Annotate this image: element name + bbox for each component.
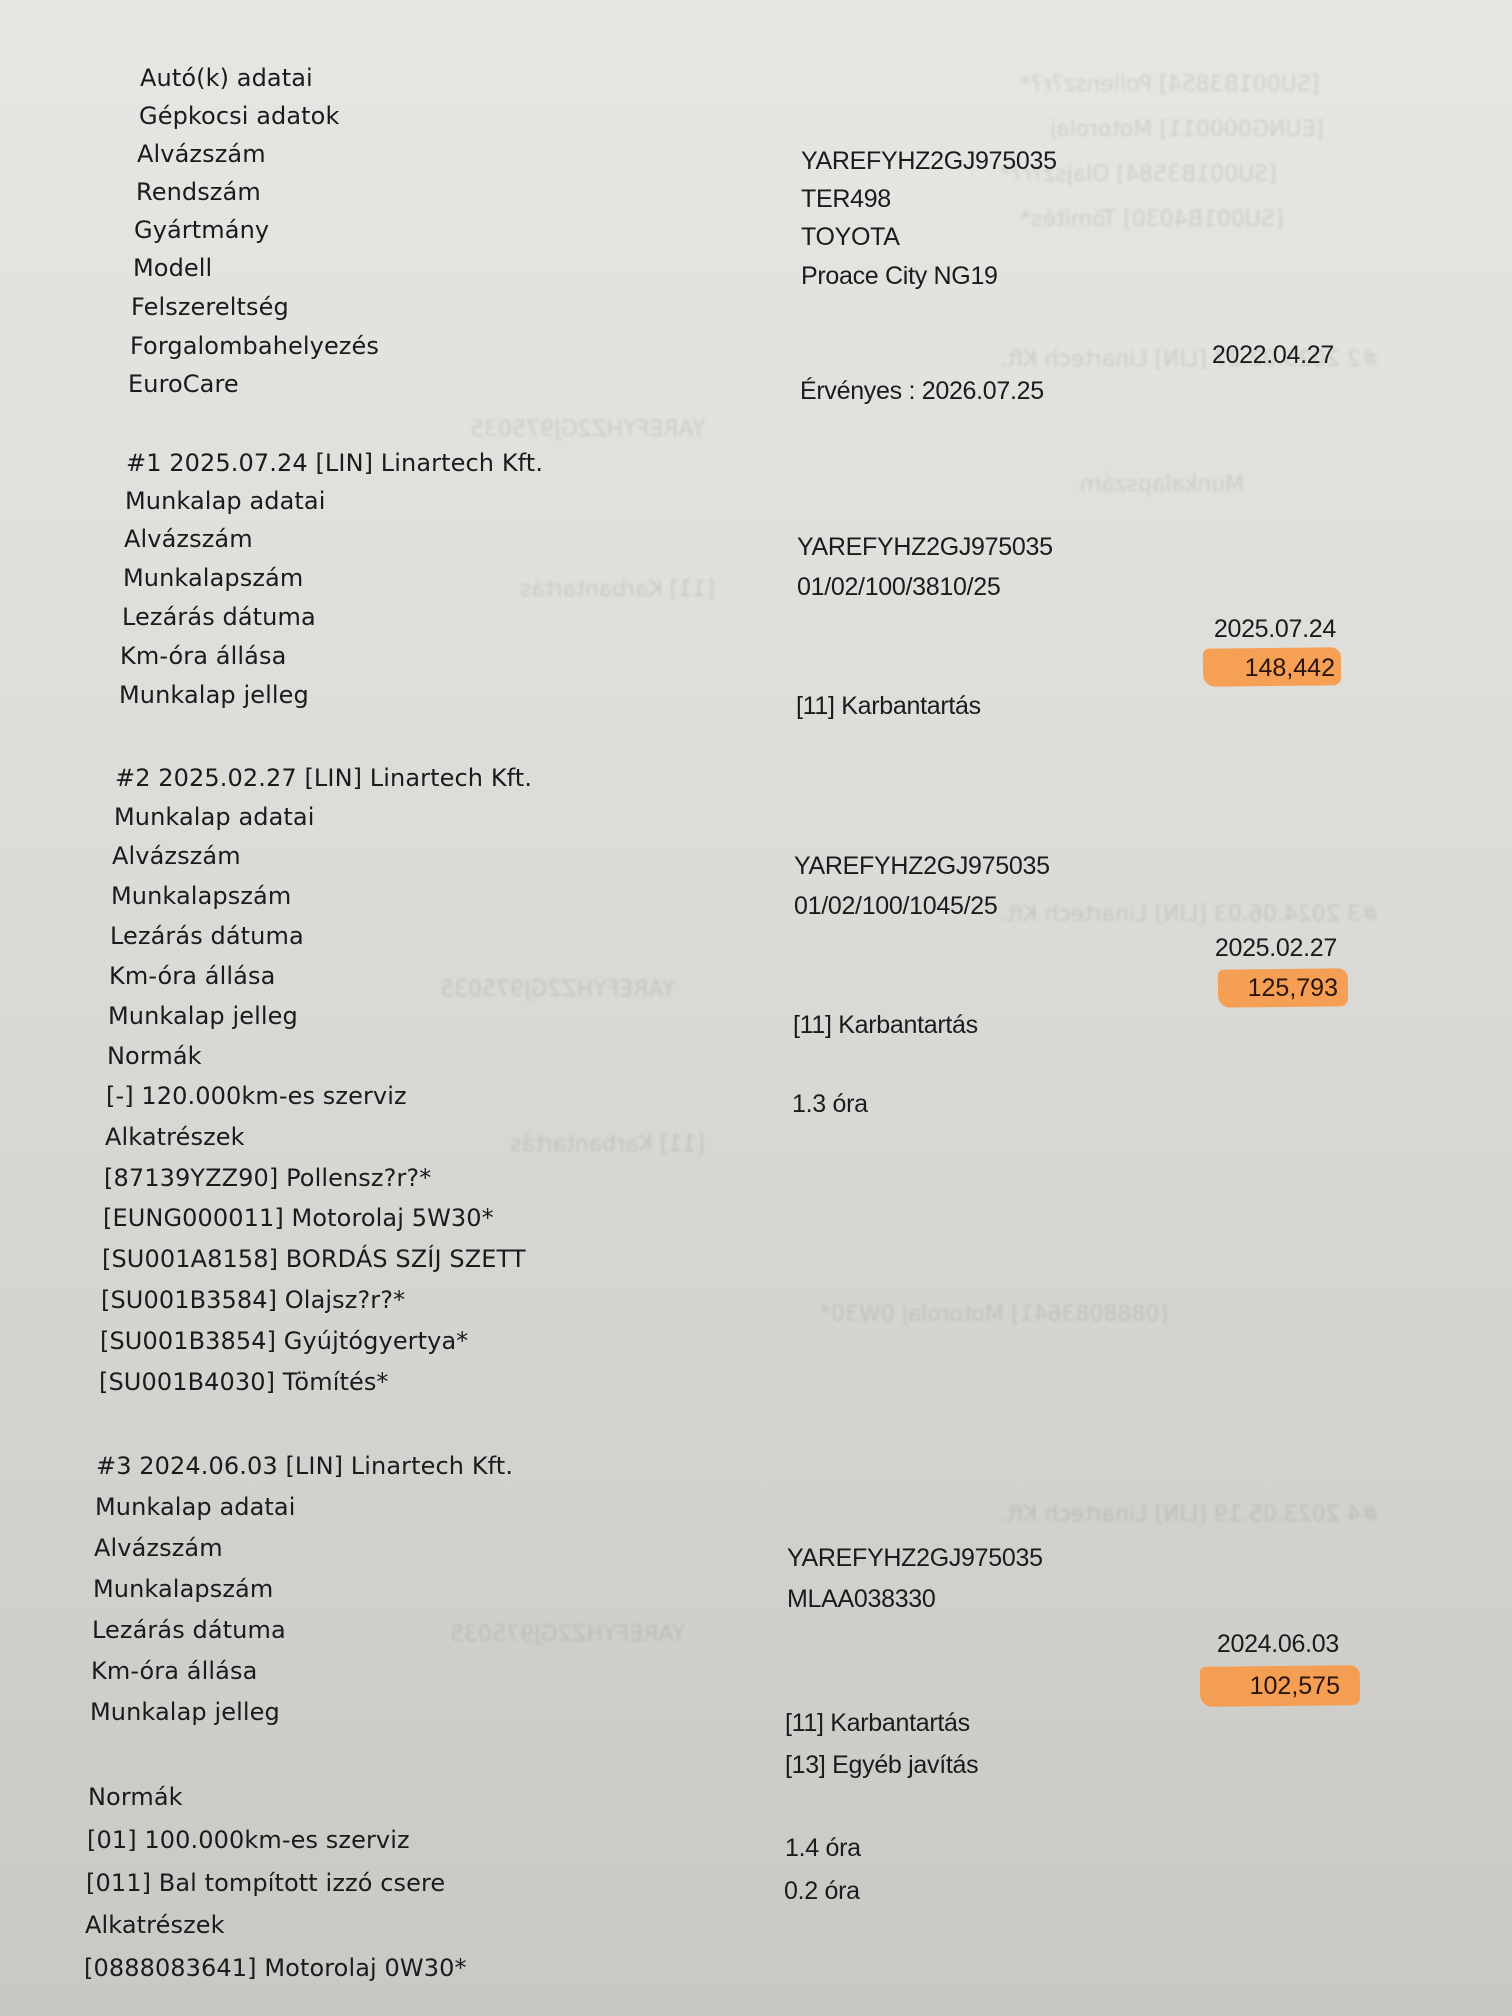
worksheet-details-title: Munkalap adatai [125, 486, 325, 516]
show-through-text: [11] Karbantartás [510, 1130, 705, 1160]
worksheet-close-date-value: 2025.07.24 [1100, 614, 1336, 644]
vehicle-chassis-value: YAREFYHZ2GJ975035 [801, 146, 1057, 176]
vehicle-subsection-title: Gépkocsi adatok [139, 101, 339, 131]
worksheet-header: #2 2025.02.27 [LIN] Linartech Kft. [115, 763, 532, 793]
norm-item-hours: 1.3 óra [792, 1089, 868, 1119]
vehicle-section-title: Autó(k) adatai [140, 63, 313, 93]
worksheet-type-value: [11] Karbantartás [793, 1010, 978, 1040]
worksheet-field-label: Km-óra állása [120, 641, 286, 671]
worksheet-field-label: Munkalap jelleg [90, 1697, 280, 1727]
worksheet-field-label: Munkalapszám [93, 1574, 273, 1604]
show-through-text: YAREFYHZ2GJ975035 [470, 415, 705, 445]
show-through-text: [SU001B3854] Pollensz?r?* [1020, 70, 1319, 100]
worksheet-field-label: Munkalapszám [111, 881, 291, 911]
worksheet-header: #3 2024.06.03 [LIN] Linartech Kft. [96, 1451, 513, 1481]
parts-title: Alkatrészek [85, 1910, 225, 1940]
part-item: [87139YZZ90] Pollensz?r?* [104, 1163, 431, 1193]
norms-title: Normák [88, 1782, 183, 1812]
show-through-text: [0888083641] Motorolaj 0W30* [820, 1300, 1168, 1330]
vehicle-field-label: Forgalombahelyezés [130, 331, 379, 361]
norm-item-name: [011] Bal tompított izzó csere [86, 1868, 445, 1898]
worksheet-header: #1 2025.07.24 [LIN] Linartech Kft. [126, 448, 543, 478]
worksheet-odometer-value: 102,575 [1160, 1671, 1340, 1701]
worksheet-number-value: 01/02/100/3810/25 [797, 572, 1000, 602]
norm-item-hours: 1.4 óra [785, 1833, 861, 1863]
worksheet-type-value: [11] Karbantartás [785, 1708, 970, 1738]
vehicle-plate-value: TER498 [801, 184, 891, 214]
worksheet-field-label: Lezárás dátuma [92, 1615, 286, 1645]
vehicle-field-label: EuroCare [128, 369, 239, 399]
worksheet-field-label: Alvázszám [112, 841, 241, 871]
worksheet-number-value: MLAA038330 [787, 1584, 936, 1614]
worksheet-type-value: [13] Egyéb javítás [785, 1750, 978, 1780]
norm-item-name: [-] 120.000km-es szerviz [106, 1081, 407, 1111]
norm-item-name: [01] 100.000km-es szerviz [87, 1825, 410, 1855]
part-item: [EUNG000011] Motorolaj 5W30* [103, 1203, 494, 1233]
worksheet-field-label: Lezárás dátuma [122, 602, 316, 632]
worksheet-field-label: Munkalap jelleg [119, 680, 309, 710]
worksheet-close-date-value: 2025.02.27 [1100, 933, 1337, 963]
worksheet-chassis-value: YAREFYHZ2GJ975035 [787, 1543, 1043, 1573]
vehicle-registration-date-value: 2022.04.27 [1100, 340, 1334, 370]
show-through-text: [SU001B4030] Tömítés* [1020, 205, 1283, 235]
worksheet-field-label: Km-óra állása [91, 1656, 257, 1686]
show-through-text: #3 2024.06.03 [LIN] Linartech Kft. [1000, 900, 1379, 930]
worksheet-details-title: Munkalap adatai [95, 1492, 295, 1522]
printed-service-history-page: [SU001B3854] Pollensz?r?* [EUNG000011] M… [0, 0, 1512, 2016]
worksheet-field-label: Alvázszám [124, 524, 253, 554]
worksheet-field-label: Lezárás dátuma [110, 921, 304, 951]
worksheet-field-label: Alvázszám [94, 1533, 223, 1563]
part-item: [SU001B4030] Tömítés* [99, 1367, 389, 1397]
vehicle-field-label: Felszereltség [131, 292, 289, 322]
worksheet-chassis-value: YAREFYHZ2GJ975035 [797, 532, 1053, 562]
norm-item-hours: 0.2 óra [784, 1876, 860, 1906]
worksheet-details-title: Munkalap adatai [114, 802, 314, 832]
parts-title: Alkatrészek [105, 1122, 245, 1152]
show-through-text: YAREFYHZ2GJ975035 [440, 975, 675, 1005]
worksheet-odometer-value: 125,793 [1160, 973, 1338, 1003]
part-item: [SU001A8158] BORDÁS SZÍJ SZETT [102, 1244, 526, 1274]
vehicle-model-value: Proace City NG19 [801, 261, 998, 291]
worksheet-odometer-value: 148,442 [1160, 653, 1335, 683]
show-through-text: Munkalapszám [1080, 470, 1244, 500]
vehicle-field-label: Modell [133, 253, 212, 283]
vehicle-make-value: TOYOTA [801, 222, 900, 252]
norms-title: Normák [107, 1041, 202, 1071]
part-item: [SU001B3854] Gyújtógyertya* [100, 1326, 468, 1356]
worksheet-type-value: [11] Karbantartás [796, 691, 981, 721]
show-through-text: YAREFYHZ2GJ975035 [450, 1620, 685, 1650]
worksheet-chassis-value: YAREFYHZ2GJ975035 [794, 851, 1050, 881]
vehicle-eurocare-value: Érvényes : 2026.07.25 [800, 376, 1044, 406]
part-item: [SU001B3584] Olajsz?r?* [101, 1285, 405, 1315]
worksheet-close-date-value: 2024.06.03 [1100, 1629, 1339, 1659]
show-through-text: #4 2023.05.19 [LIN] Linartech Kft. [1000, 1500, 1379, 1530]
part-item: [0888083641] Motorolaj 0W30* [84, 1953, 467, 1983]
worksheet-field-label: Munkalapszám [123, 563, 303, 593]
show-through-text: [EUNG000011] Motorolaj [1050, 115, 1324, 145]
vehicle-field-label: Alvázszám [137, 139, 266, 169]
vehicle-field-label: Rendszám [136, 177, 261, 207]
vehicle-field-label: Gyártmány [134, 215, 269, 245]
worksheet-number-value: 01/02/100/1045/25 [794, 891, 997, 921]
worksheet-field-label: Km-óra állása [109, 961, 275, 991]
worksheet-field-label: Munkalap jelleg [108, 1001, 298, 1031]
show-through-text: [11] Karbantartás [520, 575, 715, 605]
